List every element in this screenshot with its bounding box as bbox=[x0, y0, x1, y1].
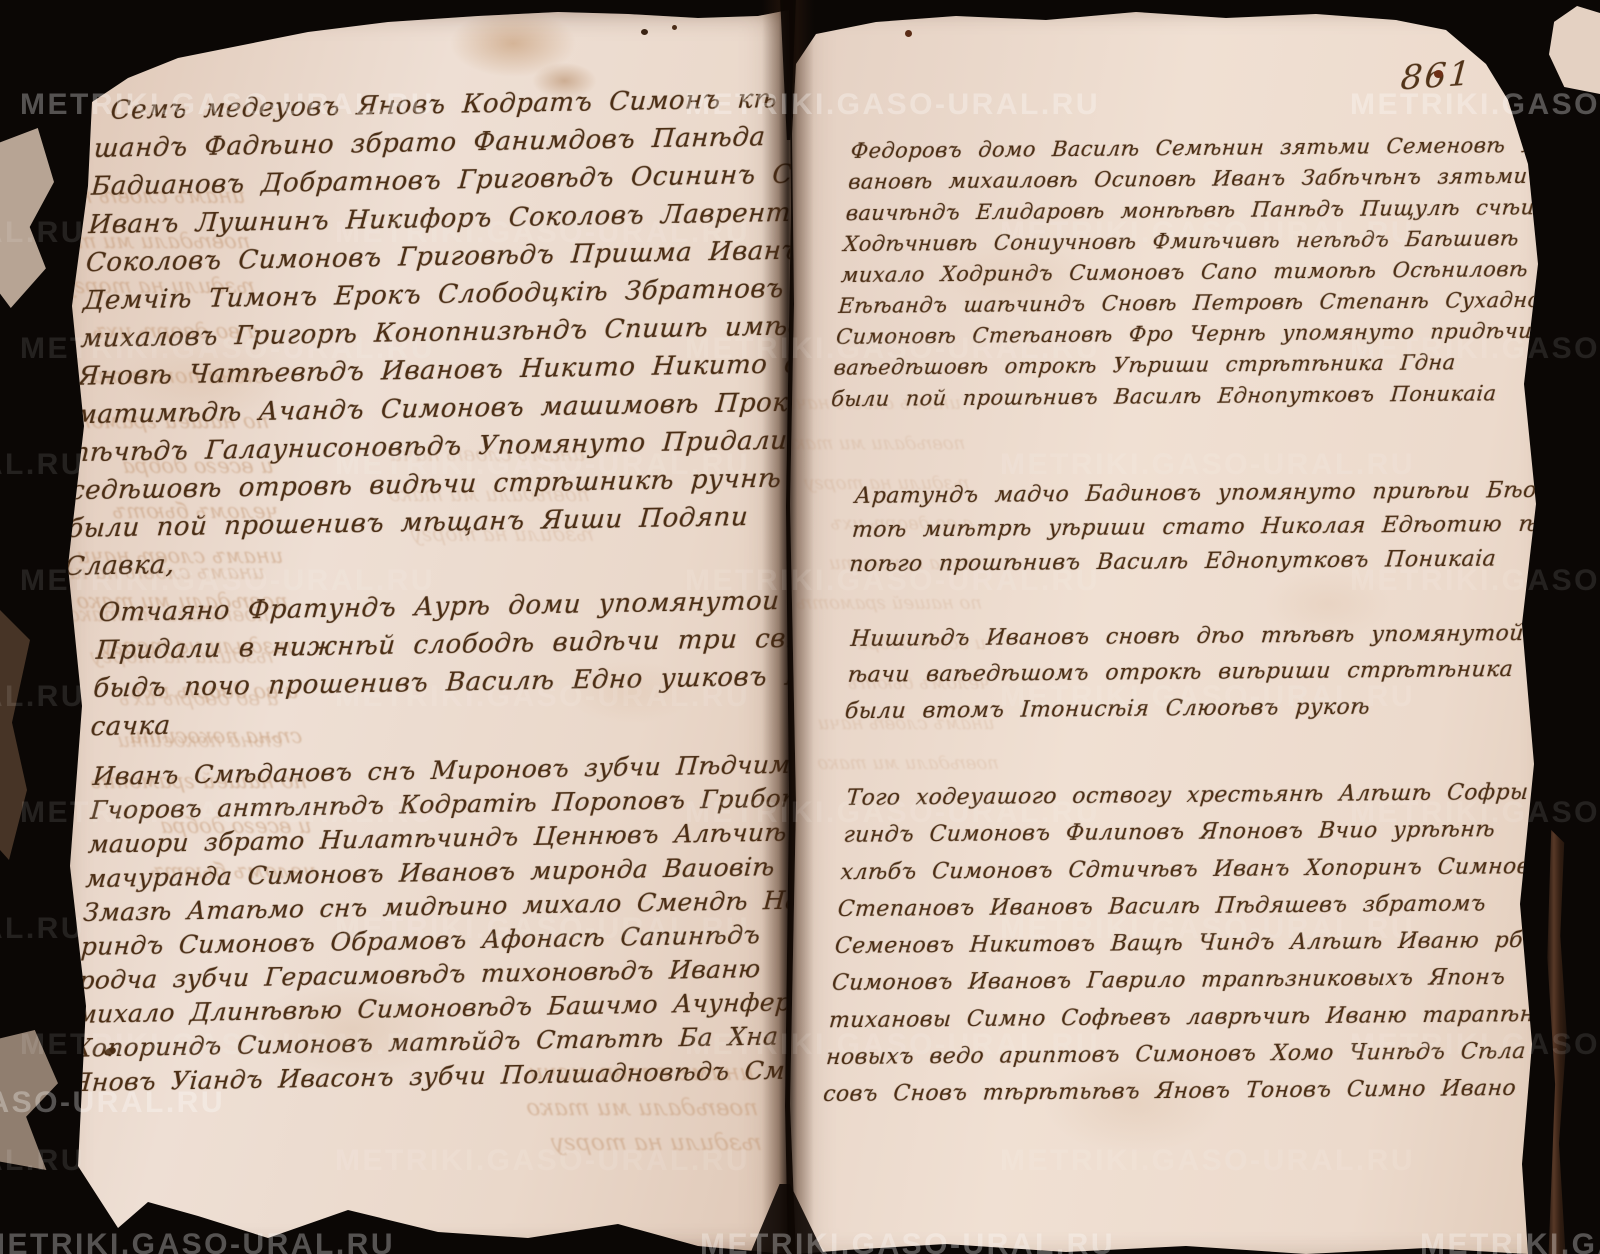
manuscript-line: тихановы Симно Софѣевъ лаврѣчиѣ Иваню та… bbox=[828, 996, 1568, 1039]
manuscript-line: новыхъ ведо ариптовъ Симоновъ Хомо Чинѣд… bbox=[825, 1033, 1565, 1076]
left-page: инамъ словѣ начиповѣдали ми такоѣздили н… bbox=[58, 6, 792, 1254]
ink-speck bbox=[905, 30, 912, 37]
torn-page-sliver bbox=[0, 128, 54, 308]
manuscript-line: поѣго прошѣнивъ Василѣ Еднопутковъ Поник… bbox=[848, 541, 1600, 582]
underlying-page-corner bbox=[1549, 6, 1600, 94]
ink-speck bbox=[641, 29, 648, 35]
torn-page-sliver bbox=[0, 1030, 58, 1170]
handwritten-paragraph: Нишиѣдъ Ивановъ сновѣ дѣо тѣѣвѣ упомянут… bbox=[843, 616, 1591, 730]
manuscript-line: были втомъ Ітонисѣiя Слюоѣвъ рукоѣ bbox=[843, 688, 1585, 730]
manuscript-line: были пой прошѣнивъ Василѣ Еднопутковъ По… bbox=[830, 378, 1562, 415]
bleedthrough-line: ѣздили на торгу bbox=[80, 1126, 764, 1161]
manuscript-line: хлѣбъ Симоновъ Сдтичѣвъ Иванъ Хопоринъ С… bbox=[839, 848, 1579, 891]
ink-speck bbox=[672, 25, 677, 30]
watermark-text: METRIKI.GASO-URAL.RU bbox=[0, 912, 85, 946]
handwritten-paragraph: Того ходеуашого оствогу хрестьянѣ Алѣшѣ … bbox=[822, 774, 1586, 1113]
manuscript-line: Того ходеуашого оствогу хрестьянѣ Алѣшѣ … bbox=[845, 774, 1585, 817]
handwritten-paragraph: Аратундъ мадчо Бадиновъ упомянуто приѣѣи… bbox=[848, 473, 1600, 582]
bleedthrough-line: по нашей грамотѣ bbox=[794, 584, 984, 624]
rust-spot bbox=[1434, 70, 1443, 78]
manuscript-scan: инамъ словѣ начиповѣдали ми такоѣздили н… bbox=[0, 0, 1600, 1254]
watermark-text: METRIKI.GASO-URAL.RU bbox=[0, 448, 85, 482]
manuscript-line: ѣачи ваѣедѣшомъ отрокѣ виѣриши стрѣтѣник… bbox=[846, 652, 1588, 694]
manuscript-line: Степановъ Ивановъ Василѣ Пѣдяшевъ збрато… bbox=[836, 885, 1576, 928]
manuscript-line: гиндъ Симоновъ Филиповъ Японовъ Вчио урѣ… bbox=[842, 811, 1582, 854]
manuscript-line: Симоновъ Ивановъ Гаврило трапѣзниковыхъ … bbox=[831, 959, 1571, 1002]
manuscript-line: совъ Сновъ тѣрѣтьѣвъ Яновъ Тоновъ Симно … bbox=[822, 1070, 1562, 1113]
binding-gutter bbox=[762, 0, 814, 1254]
manuscript-line: Симоновѣ Стеѣановѣ Фро Чернѣ упомянуто п… bbox=[835, 316, 1567, 353]
watermark-text: METRIKI.GASO-URAL.RU bbox=[0, 1228, 395, 1254]
handwritten-paragraph: Федоровъ домо Василѣ Семѣнин зятьми Семе… bbox=[830, 130, 1581, 415]
manuscript-line: Семеновъ Никитовъ Ващѣ Чиндъ Алѣшѣ Иваню… bbox=[833, 922, 1573, 965]
torn-page-sliver bbox=[0, 610, 30, 860]
underlying-page-edges bbox=[1546, 830, 1572, 1254]
right-page: инамъ словѣ начиповѣдали ми такоѣздили н… bbox=[786, 4, 1560, 1254]
